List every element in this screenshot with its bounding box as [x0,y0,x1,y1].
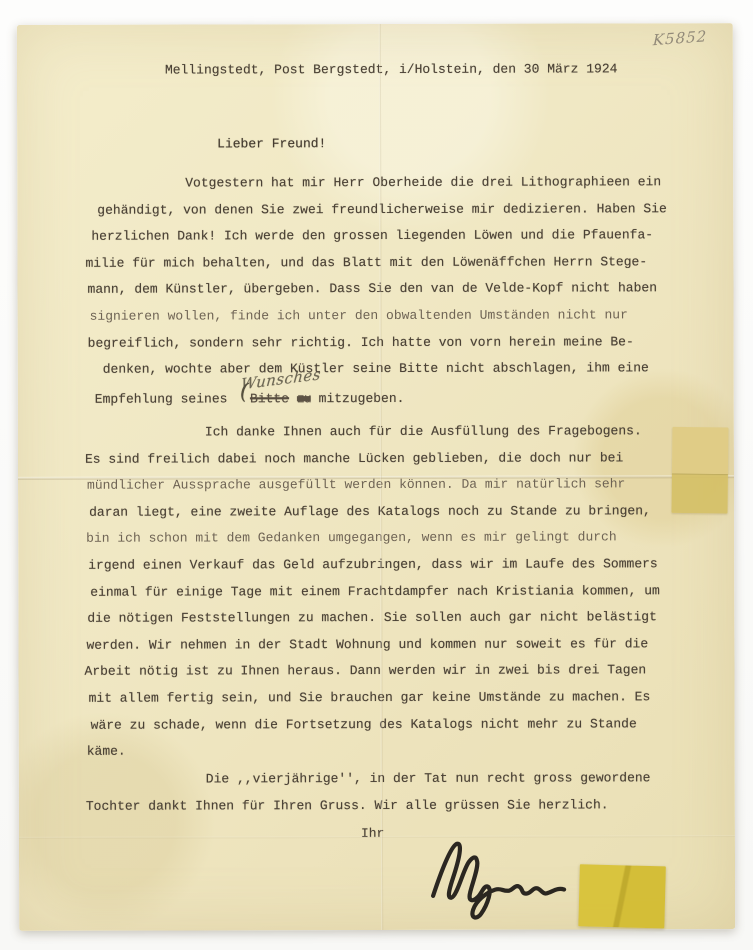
typed-line: werden. Wir nehmen in der Stadt Wohnung … [86,631,660,659]
salutation: Lieber Freund! [217,136,326,151]
paragraph-1: Votgestern hat mir Herr Oberheide die dr… [83,169,667,410]
typed-line: Arbeit nötig ist zu Ihnen heraus. Dann w… [84,658,660,686]
typed-line: irgend einen Verkauf das Geld aufzubring… [88,551,660,579]
correction-prefix: Empfehlung seines [95,386,228,413]
typed-line: wäre zu schade, wenn die Fortsetzung des… [91,711,661,739]
typed-line: Ich danke Ihnen auch für die Ausfüllung … [205,418,660,446]
typed-line: mann, dem Künstler, übergeben. Dass Sie … [87,276,667,304]
typed-line: mit allem fertig sein, und Sie brauchen … [89,684,661,712]
catalog-number-annotation: K5852 [653,27,708,49]
typed-line: Die ,,vierjährige'', in der Tat nun rech… [206,765,651,793]
typed-line: milie für mich behalten, und das Blatt m… [85,249,667,277]
typed-line: gehändigt, von denen Sie zwei freundlich… [97,196,667,224]
letter-page: K5852 Mellingstedt, Post Bergstedt, i/Ho… [17,23,735,931]
scan-background: K5852 Mellingstedt, Post Bergstedt, i/Ho… [0,0,753,950]
typed-line: signieren wollen, finde ich unter den ob… [90,302,668,330]
typed-line: begreiflich, sondern sehr richtig. Ich h… [88,329,668,357]
typed-line: Es sind freilich dabei noch manche Lücke… [85,445,660,473]
correction-suffix: mitzugeben. [319,386,405,413]
typed-line: einmal für einige Tage mit einem Frachtd… [90,578,660,606]
paragraph-2: Ich danke Ihnen auch für die Ausfüllung … [84,418,660,765]
typed-line: die nötigen Feststellungen zu machen. Si… [87,604,660,632]
typed-line: daran liegt, eine zweite Auflage des Kat… [89,498,660,526]
dateline: Mellingstedt, Post Bergstedt, i/Holstein… [165,61,618,77]
typed-line: käme. [87,737,661,765]
typed-line: Tochter dankt Ihnen für Ihren Gruss. Wir… [86,792,651,820]
signature-autograph [419,835,594,920]
tape-patch-bottom [578,864,666,928]
typed-line: bin ich schon mit dem Gedanken umgegange… [86,525,660,553]
tape-patch-right-edge [671,427,728,514]
paragraph-3: Die ,,vierjährige'', in der Tat nun rech… [85,765,651,820]
typed-line: denken, wochte aber dem Küstler seine Bi… [103,355,668,383]
typed-line: Votgestern hat mir Herr Oberheide die dr… [185,169,667,197]
